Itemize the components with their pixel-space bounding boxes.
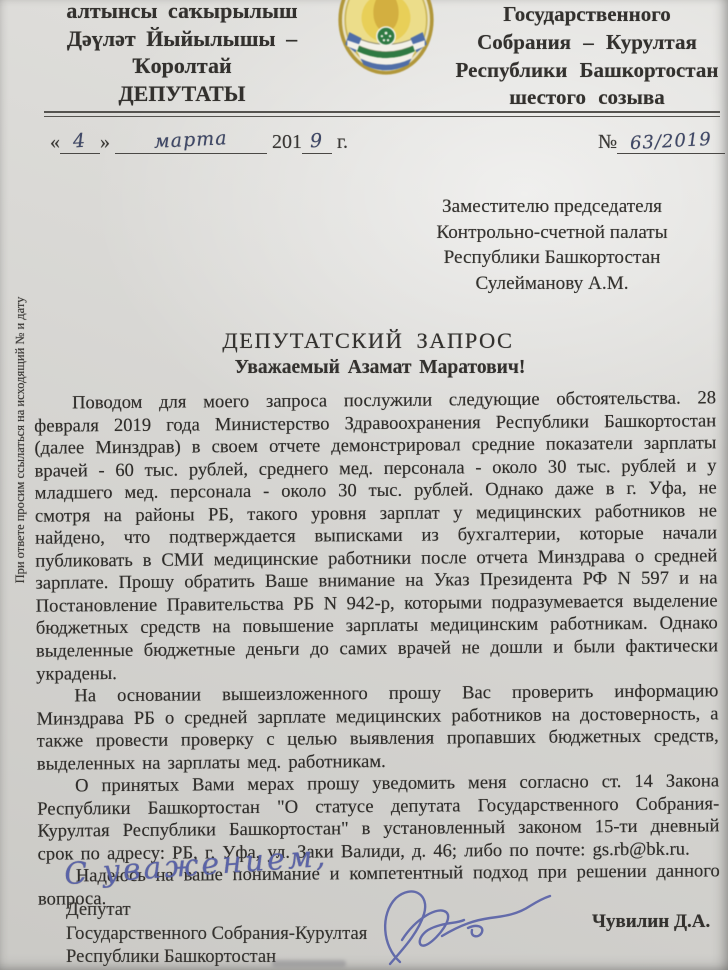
addressee-line: Республики Башкортостан: [386, 245, 718, 271]
letterhead-line: Собрания – Курултая: [452, 29, 722, 57]
signer-position-line: Депутат: [66, 898, 367, 922]
outgoing-number-line: №63/2019: [598, 130, 725, 154]
coat-of-arms-icon: [335, 0, 437, 81]
signature-icon: [372, 880, 568, 970]
letterhead-divider: [44, 111, 720, 117]
date-year-suffix: г.: [337, 131, 348, 153]
number-blank: 63/2019: [617, 130, 725, 154]
date-close-quote: »: [100, 131, 110, 153]
date-line: «4» марта 2019 г.: [50, 130, 348, 154]
letterhead-line: Ҡоролтай: [48, 52, 316, 80]
date-day-blank: 4: [60, 130, 100, 154]
signer-position-line: Государственного Собрания-Курултая: [66, 922, 367, 946]
body-paragraph: На основании вышеизложенного прошу Вас п…: [36, 680, 719, 776]
letterhead-line: алтынсы саҡырылыш: [48, 0, 316, 25]
letterhead-line: Государственного: [452, 1, 722, 29]
addressee-block: Заместителю председателя Контрольно-счет…: [386, 194, 718, 296]
letter-body: Поводом для моего запроса послужили след…: [34, 387, 720, 911]
signer-position-block: Депутат Государственного Собрания-Курулт…: [66, 898, 367, 969]
addressee-line: Заместителю председателя: [386, 194, 718, 220]
letterhead-line: Дәүләт Йыйылышы –: [48, 25, 316, 53]
handwritten-number: 63/2019: [630, 129, 713, 154]
letterhead-line: ДЕПУТАТЫ: [48, 80, 316, 108]
handwritten-month: марта: [154, 127, 229, 153]
salutation: Уважаемый Азамат Маратович!: [40, 357, 720, 379]
letterhead-line: шестого созыва: [452, 84, 722, 112]
date-year-printed: 201: [272, 131, 302, 153]
signer-name: Чувилин Д.А.: [592, 911, 710, 933]
letterhead-russian-block: Государственного Собрания – Курултая Рес…: [452, 1, 722, 112]
addressee-line: Контрольно-счетной палаты: [386, 220, 718, 246]
body-paragraph: Поводом для моего запроса послужили след…: [34, 387, 718, 685]
margin-note-vertical: При ответе просим ссылаться на исходящий…: [13, 219, 29, 661]
letterhead-bashkir-block: алтынсы саҡырылыш Дәүләт Йыйылышы – Ҡоро…: [48, 0, 316, 107]
scan-artifact-smudge: [272, 960, 346, 967]
date-year-blank: 9: [302, 130, 332, 154]
handwritten-day: 4: [73, 130, 88, 153]
scanned-letter-page: алтынсы саҡырылыш Дәүләт Йыйылышы – Ҡоро…: [0, 0, 728, 970]
document-title: ДЕПУТАТСКИЙ ЗАПРОС: [40, 328, 696, 354]
date-open-quote: «: [50, 131, 60, 153]
letterhead-line: Республики Башкортостан: [452, 57, 722, 85]
number-label: №: [598, 131, 617, 153]
handwritten-year-digit: 9: [310, 130, 324, 152]
addressee-line: Сулейманову А.М.: [386, 271, 718, 297]
date-month-blank: марта: [115, 130, 267, 154]
